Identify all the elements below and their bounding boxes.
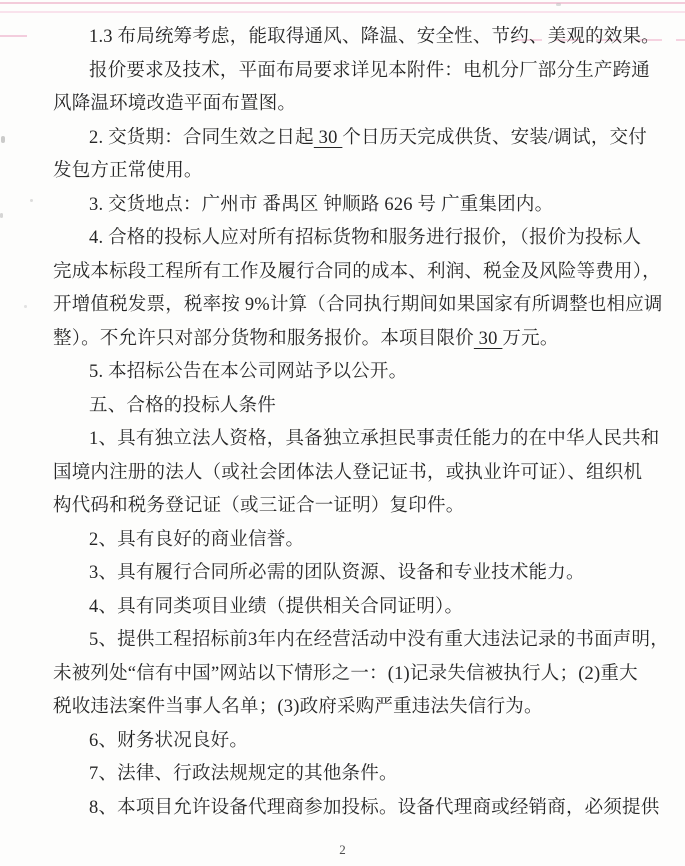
text-line-announcement: 5. 本招标公告在本公司网站予以公开。 <box>53 356 665 390</box>
scan-speck <box>24 305 27 308</box>
text-line-condition-2: 2、具有良好的商业信誉。 <box>53 524 665 558</box>
scan-artifact-pink-line-second <box>0 11 685 13</box>
text-line-condition-3: 3、具有履行合同所必需的团队资源、设备和专业技术能力。 <box>53 557 665 591</box>
text-line-condition-5: 5、提供工程招标前3年内在经营活动中没有重大违法记录的书面声明， <box>53 624 665 658</box>
underlined-days-value: 30 <box>314 128 343 148</box>
text-line-delivery-period: 2. 交货期：合同生效之日起 30 个日历天完成供货、安装/调试，交付 <box>53 122 665 156</box>
page-number: 2 <box>0 842 685 858</box>
text-line-price-limit: 整）。不允许只对部分货物和服务报价。本项目限价 30 万元。 <box>53 323 665 357</box>
scan-artifact-pink-line-top <box>0 2 685 4</box>
scan-artifact-pink-line-left <box>0 35 27 37</box>
underlined-price-value: 30 <box>474 329 503 349</box>
text-line-delivery-period-cont: 发包方正常使用。 <box>53 155 665 189</box>
text-line-bid-pricing-cont-2: 开增值税发票，税率按 9%计算（合同执行期间如果国家有所调整也相应调 <box>53 289 665 323</box>
section-heading-bidder-conditions: 五、合格的投标人条件 <box>53 390 665 424</box>
text-line-layout-effect: 1.3 布局统筹考虑，能取得通风、降温、安全性、节约、美观的效果。 <box>53 21 665 55</box>
line-post: 个日历天完成供货、安装/调试，交付 <box>342 128 647 148</box>
text-line-bid-pricing: 4. 合格的投标人应对所有招标货物和服务进行报价，（报价为投标人 <box>53 222 665 256</box>
text-line-condition-1-cont-1: 国境内注册的法人（或社会团体法人登记证书，或执业许可证）、组织机 <box>53 457 665 491</box>
line-pre: 整）。不允许只对部分货物和服务报价。本项目限价 <box>53 329 474 349</box>
text-line-condition-1-cont-2: 构代码和税务登记证（或三证合一证明）复印件。 <box>53 490 665 524</box>
text-line-quote-requirements: 报价要求及技术，平面布局要求详见本附件：电机分厂部分生产跨通 <box>53 55 665 89</box>
line-pre: 2. 交货期：合同生效之日起 <box>89 128 314 148</box>
text-line-delivery-location: 3. 交货地点：广州市 番禺区 钟顺路 626 号 广重集团内。 <box>53 189 665 223</box>
document-body: 1.3 布局统筹考虑，能取得通风、降温、安全性、节约、美观的效果。 报价要求及技… <box>53 21 665 825</box>
text-line-condition-8: 8、本项目允许设备代理商参加投标。设备代理商或经销商，必须提供 <box>53 792 665 826</box>
scan-speck <box>30 199 33 202</box>
scan-speck <box>1 136 5 143</box>
scan-speck <box>556 3 561 6</box>
document-page: 1.3 布局统筹考虑，能取得通风、降温、安全性、节约、美观的效果。 报价要求及技… <box>0 0 685 866</box>
text-line-condition-7: 7、法律、行政法规规定的其他条件。 <box>53 758 665 792</box>
text-line-bid-pricing-cont-1: 完成本标段工程所有工作及履行合同的成本、利润、税金及风险等费用）， <box>53 256 665 290</box>
text-line-quote-requirements-cont: 风降温环境改造平面布置图。 <box>53 88 665 122</box>
text-line-condition-4: 4、具有同类项目业绩（提供相关合同证明）。 <box>53 591 665 625</box>
text-line-condition-1: 1、具有独立法人资格，具备独立承担民事责任能力的在中华人民共和 <box>53 423 665 457</box>
text-line-condition-5-cont-1: 未被列处“信有中国”网站以下情形之一：(1)记录失信被执行人；(2)重大 <box>53 658 665 692</box>
line-post: 万元。 <box>502 329 558 349</box>
text-line-condition-6: 6、财务状况良好。 <box>53 725 665 759</box>
scan-speck <box>0 213 3 218</box>
text-line-condition-5-cont-2: 税收违法案件当事人名单；(3)政府采购严重违法失信行为。 <box>53 691 665 725</box>
